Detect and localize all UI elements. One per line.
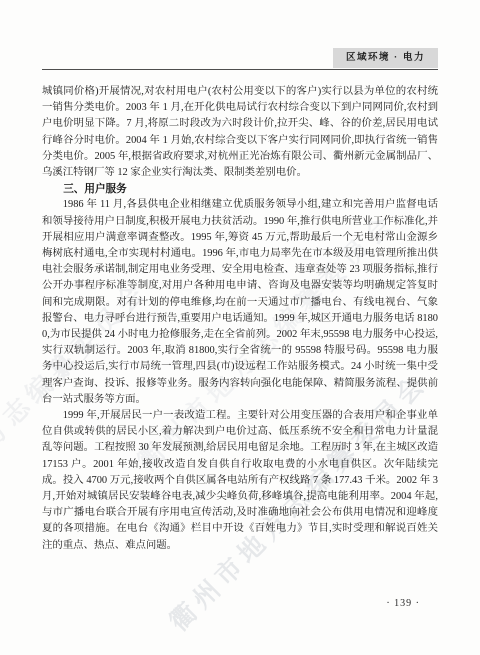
document-page: 衢州市地方志编纂委员会 衢州市地方志编纂委员会 衢州市地方志编纂委员会 区域环境… [0, 0, 480, 655]
page-header: 区域环境 · 电力 [42, 48, 438, 70]
section-heading: 三、用户服务 [42, 181, 438, 197]
paragraph: 1986 年 11 月,各县供电企业相继建立优质服务领导小组,建立和完善用户监督… [42, 197, 438, 408]
header-rule [42, 69, 438, 70]
body-text: 城镇同价格)开展情况,对农村用电户(农村公用变以下的客户)实行以县为单位的农村统… [42, 84, 438, 554]
paragraph-continuation: 城镇同价格)开展情况,对农村用电户(农村公用变以下的客户)实行以县为单位的农村统… [42, 84, 438, 181]
running-head-section-label: 区域环境 · 电力 [333, 48, 438, 68]
paragraph: 1999 年,开展居民一户一表改造工程。主要针对公用变压器的合表用户和企事业单位… [42, 408, 438, 554]
page-number: · 139 · [386, 598, 420, 609]
